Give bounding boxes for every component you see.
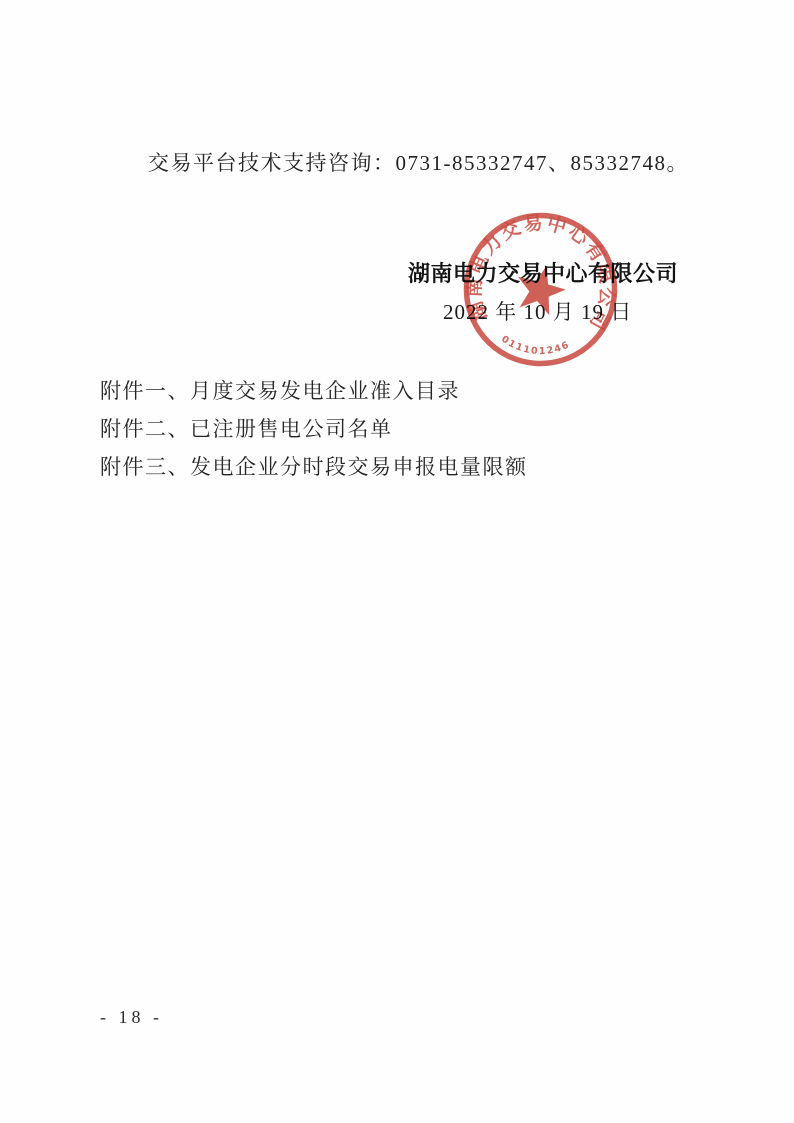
page-number: - 18 - bbox=[100, 1007, 163, 1028]
attachment-list: 附件一、月度交易发电企业准入目录 附件二、已注册售电公司名单 附件三、发电企业分… bbox=[100, 376, 528, 490]
attachment-item-2: 附件二、已注册售电公司名单 bbox=[100, 414, 528, 452]
official-seal: 湖南电力交易中心有限公司 4301110124655 bbox=[462, 211, 619, 368]
company-name: 湖南电力交易中心有限公司 bbox=[408, 257, 678, 288]
seal-ring bbox=[462, 211, 619, 368]
attachment-item-1: 附件一、月度交易发电企业准入目录 bbox=[100, 376, 528, 414]
document-page: 交易平台技术支持咨询：0731-85332747、85332748。 湖南电力交… bbox=[0, 0, 794, 1123]
signature-date: 2022 年 10 月 19 日 bbox=[443, 296, 632, 326]
attachment-item-3: 附件三、发电企业分时段交易申报电量限额 bbox=[100, 452, 528, 490]
support-contact-line: 交易平台技术支持咨询：0731-85332747、85332748。 bbox=[148, 147, 689, 177]
